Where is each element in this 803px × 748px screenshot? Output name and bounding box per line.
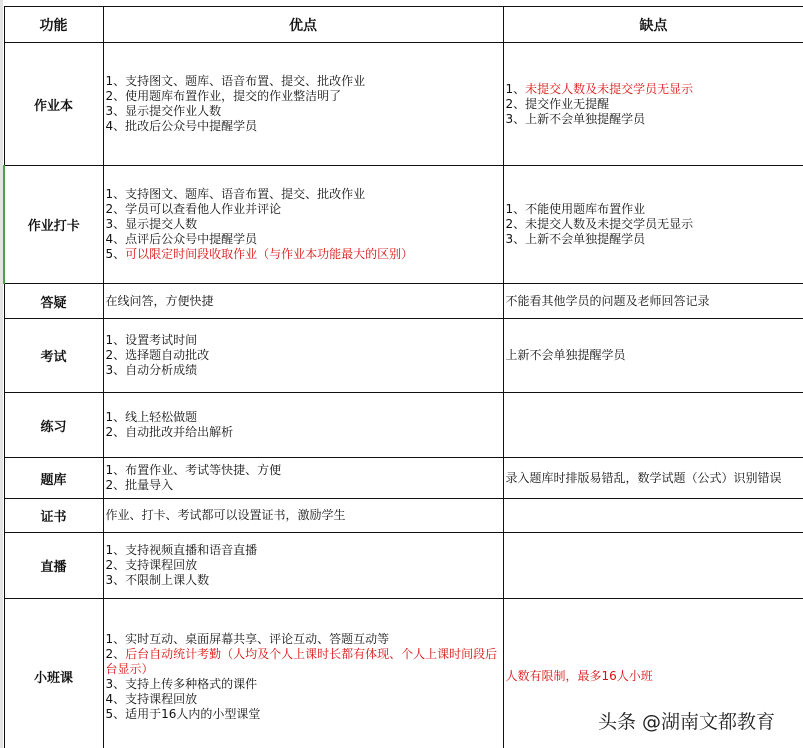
table-row: 答疑 在线问答，方便快捷 不能看其他学员的问题及老师回答记录 <box>4 284 803 319</box>
cons-line: 2、未提交人数及未提交学员无显示 <box>506 217 802 232</box>
pros-line: 2、选择题自动批改 <box>106 348 501 363</box>
feature-cell[interactable]: 小班课 <box>4 599 103 748</box>
table-row: 证书 作业、打卡、考试都可以设置证书，激励学生 <box>4 499 803 533</box>
pros-line: 2、自动批改并给出解析 <box>106 425 501 440</box>
pros-line-prefix: 2、 <box>106 647 126 661</box>
pros-line: 1、支持图文、题库、语音布置、提交、批改作业 <box>106 187 501 202</box>
table-row: 练习 1、线上轻松做题 2、自动批改并给出解析 <box>4 393 803 458</box>
watermark: 头条 @湖南文都教育 <box>598 707 775 734</box>
pros-line: 2、使用题库布置作业，提交的作业整洁明了 <box>106 89 501 104</box>
pros-line: 5、可以限定时间段收取作业（与作业本功能最大的区别） <box>106 247 501 262</box>
cons-line: 1、未提交人数及未提交学员无显示 <box>506 82 802 97</box>
pros-cell[interactable]: 1、实时互动、桌面屏幕共享、评论互动、答题互动等 2、后台自动统计考勤（人均及个… <box>103 599 503 748</box>
pros-line: 4、点评后公众号中提醒学员 <box>106 232 501 247</box>
pros-line: 1、实时互动、桌面屏幕共享、评论互动、答题互动等 <box>106 632 501 647</box>
cons-cell-empty[interactable] <box>503 533 803 599</box>
pros-line: 3、支持上传多种格式的课件 <box>106 677 501 692</box>
pros-cell[interactable]: 作业、打卡、考试都可以设置证书，激励学生 <box>103 499 503 533</box>
pros-line: 作业、打卡、考试都可以设置证书，激励学生 <box>106 508 501 523</box>
table-row: 考试 1、设置考试时间 2、选择题自动批改 3、自动分析成绩 上新不会单独提醒学… <box>4 319 803 393</box>
pros-line: 2、批量导入 <box>106 478 501 493</box>
header-pros[interactable]: 优点 <box>103 7 503 43</box>
pros-line: 4、支持课程回放 <box>106 692 501 707</box>
pros-cell[interactable]: 1、支持视频直播和语音直播 2、支持课程回放 3、不限制上课人数 <box>103 533 503 599</box>
table-row: 题库 1、布置作业、考试等快捷、方便 2、批量导入 录入题库时排版易错乱，数学试… <box>4 458 803 499</box>
cons-line-prefix: 1、 <box>506 82 526 96</box>
cons-line-highlight: 未提交人数及未提交学员无显示 <box>525 82 693 96</box>
cons-line: 2、提交作业无提醒 <box>506 97 802 112</box>
feature-cell[interactable]: 练习 <box>4 393 103 458</box>
cons-cell[interactable]: 不能看其他学员的问题及老师回答记录 <box>503 284 803 319</box>
cons-line: 1、不能使用题库布置作业 <box>506 202 802 217</box>
pros-line: 1、布置作业、考试等快捷、方便 <box>106 463 501 478</box>
pros-line-prefix: 5、 <box>106 247 126 261</box>
feature-cell[interactable]: 题库 <box>4 458 103 499</box>
header-feature[interactable]: 功能 <box>4 7 103 43</box>
table-row: 直播 1、支持视频直播和语音直播 2、支持课程回放 3、不限制上课人数 <box>4 533 803 599</box>
feature-cell[interactable]: 直播 <box>4 533 103 599</box>
feature-cell[interactable]: 证书 <box>4 499 103 533</box>
pros-line: 1、支持图文、题库、语音布置、提交、批改作业 <box>106 74 501 89</box>
cons-line: 3、上新不会单独提醒学员 <box>506 232 802 247</box>
pros-line: 3、自动分析成绩 <box>106 363 501 378</box>
cons-cell[interactable]: 上新不会单独提醒学员 <box>503 319 803 393</box>
cons-cell[interactable]: 1、未提交人数及未提交学员无显示 2、提交作业无提醒 3、上新不会单独提醒学员 <box>503 43 803 166</box>
cons-line: 不能看其他学员的问题及老师回答记录 <box>506 294 802 309</box>
cons-line: 上新不会单独提醒学员 <box>506 348 802 363</box>
pros-cell[interactable]: 1、线上轻松做题 2、自动批改并给出解析 <box>103 393 503 458</box>
cons-line-highlight: 人数有限制，最多16人小班 <box>506 669 802 684</box>
pros-cell[interactable]: 1、支持图文、题库、语音布置、提交、批改作业 2、学员可以查看他人作业并评论 3… <box>103 166 503 284</box>
cons-cell-empty[interactable] <box>503 499 803 533</box>
pros-line: 1、支持视频直播和语音直播 <box>106 543 501 558</box>
cons-cell-empty[interactable] <box>503 393 803 458</box>
cons-line: 录入题库时排版易错乱，数学试题（公式）识别错误 <box>506 471 802 486</box>
cons-cell[interactable]: 1、不能使用题库布置作业 2、未提交人数及未提交学员无显示 3、上新不会单独提醒… <box>503 166 803 284</box>
feature-cell[interactable]: 答疑 <box>4 284 103 319</box>
pros-line: 4、批改后公众号中提醒学员 <box>106 119 501 134</box>
pros-line: 2、学员可以查看他人作业并评论 <box>106 202 501 217</box>
pros-line: 1、线上轻松做题 <box>106 410 501 425</box>
pros-line: 3、显示提交人数 <box>106 217 501 232</box>
pros-cell[interactable]: 1、布置作业、考试等快捷、方便 2、批量导入 <box>103 458 503 499</box>
table-row: 作业本 1、支持图文、题库、语音布置、提交、批改作业 2、使用题库布置作业，提交… <box>4 43 803 166</box>
pros-line: 3、不限制上课人数 <box>106 573 501 588</box>
pros-line: 5、适用于16人内的小型课堂 <box>106 707 501 722</box>
table-row-selected: 作业打卡 1、支持图文、题库、语音布置、提交、批改作业 2、学员可以查看他人作业… <box>4 166 803 284</box>
pros-line: 1、设置考试时间 <box>106 333 501 348</box>
feature-cell[interactable]: 作业本 <box>4 43 103 166</box>
pros-line-highlight: 后台自动统计考勤（人均及个人上课时长都有体现、个人上课时间段后台显示） <box>106 647 498 676</box>
feature-cell[interactable]: 作业打卡 <box>4 166 103 284</box>
header-row: 功能 优点 缺点 <box>4 7 803 43</box>
cons-line: 3、上新不会单独提醒学员 <box>506 112 802 127</box>
pros-cell[interactable]: 在线问答，方便快捷 <box>103 284 503 319</box>
pros-cell[interactable]: 1、设置考试时间 2、选择题自动批改 3、自动分析成绩 <box>103 319 503 393</box>
cons-cell[interactable]: 录入题库时排版易错乱，数学试题（公式）识别错误 <box>503 458 803 499</box>
pros-line: 在线问答，方便快捷 <box>106 294 501 309</box>
pros-line: 2、后台自动统计考勤（人均及个人上课时长都有体现、个人上课时间段后台显示） <box>106 647 501 677</box>
pros-line: 2、支持课程回放 <box>106 558 501 573</box>
comparison-table: 功能 优点 缺点 作业本 1、支持图文、题库、语音布置、提交、批改作业 2、使用… <box>3 6 803 748</box>
pros-line-highlight: 可以限定时间段收取作业（与作业本功能最大的区别） <box>125 247 413 261</box>
feature-cell[interactable]: 考试 <box>4 319 103 393</box>
pros-cell[interactable]: 1、支持图文、题库、语音布置、提交、批改作业 2、使用题库布置作业，提交的作业整… <box>103 43 503 166</box>
pros-line: 3、显示提交作业人数 <box>106 104 501 119</box>
header-cons[interactable]: 缺点 <box>503 7 803 43</box>
